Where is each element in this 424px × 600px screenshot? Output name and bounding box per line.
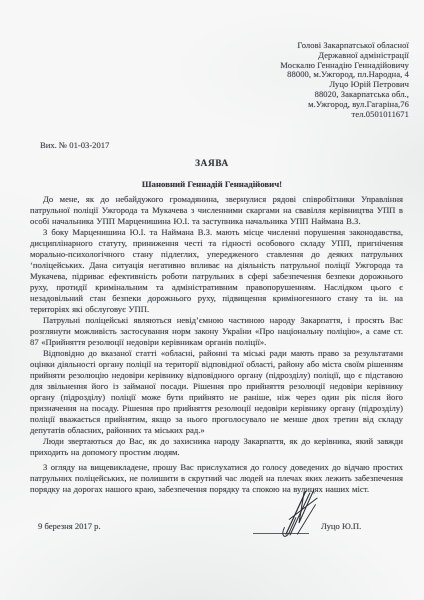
recipient-line: тел.0501011671: [280, 110, 409, 120]
scanned-letter-page: Голові Закарпатської обласної Державної …: [0, 0, 424, 600]
salutation: Шановний Геннадій Геннадійович!: [0, 179, 424, 189]
letter-body: До мене, як до небайдужого громадянина, …: [30, 194, 403, 495]
body-paragraph: З огляду на вищевикладене, прошу Вас при…: [30, 462, 403, 495]
reference-number: Вих. № 01-03-2017: [40, 140, 109, 150]
date: 9 березня 2017 р.: [38, 521, 101, 531]
body-paragraph: До мене, як до небайдужого громадянина, …: [30, 194, 403, 227]
document-title: ЗАЯВА: [0, 158, 424, 168]
recipient-block: Голові Закарпатської обласної Державної …: [280, 41, 409, 119]
body-paragraph: Відповідно до вказаної статті «обласні, …: [30, 348, 403, 436]
signer-name: Луцо Ю.П.: [321, 521, 361, 531]
body-paragraph: Патрульні поліцейські являються невід’єм…: [30, 315, 403, 348]
body-paragraph: Люди звертаються до Вас, як до захисника…: [30, 436, 403, 458]
body-paragraph: З боку Марценишина Ю.І. та Наймана В.З. …: [30, 227, 403, 315]
